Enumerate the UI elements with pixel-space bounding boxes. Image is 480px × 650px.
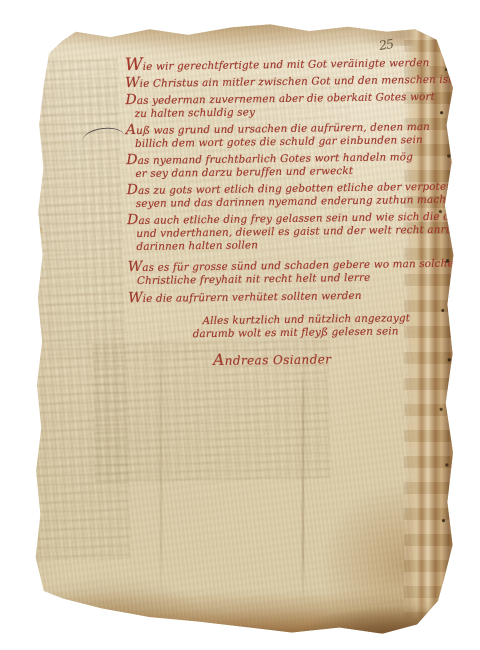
- manuscript-line: Wie wir gerechtfertigte und mit Got verä…: [125, 55, 431, 73]
- colophon-line: darumb wolt es mit fleyß gelesen sein: [193, 325, 435, 340]
- manuscript-line: Wie die aufrürern verhütet sollten werde…: [128, 288, 434, 305]
- manuscript-line: Wie Christus ain mitler zwischen Got und…: [125, 73, 431, 90]
- manuscript-photo: 25 Wie wir gerechtfertigte und mit Got v…: [0, 0, 480, 650]
- page-bottom-edge: [28, 594, 451, 638]
- wormhole-specks: [432, 20, 456, 638]
- vertical-crease: [302, 350, 304, 605]
- signature: Andreas Osiander: [213, 351, 435, 367]
- folio-number: 25: [378, 36, 394, 53]
- manuscript-page: 25 Wie wir gerechtfertigte und mit Got v…: [24, 20, 456, 638]
- ink-stroke-mark: [81, 125, 124, 141]
- manuscript-text: Wie wir gerechtfertigte und mit Got verä…: [125, 55, 435, 368]
